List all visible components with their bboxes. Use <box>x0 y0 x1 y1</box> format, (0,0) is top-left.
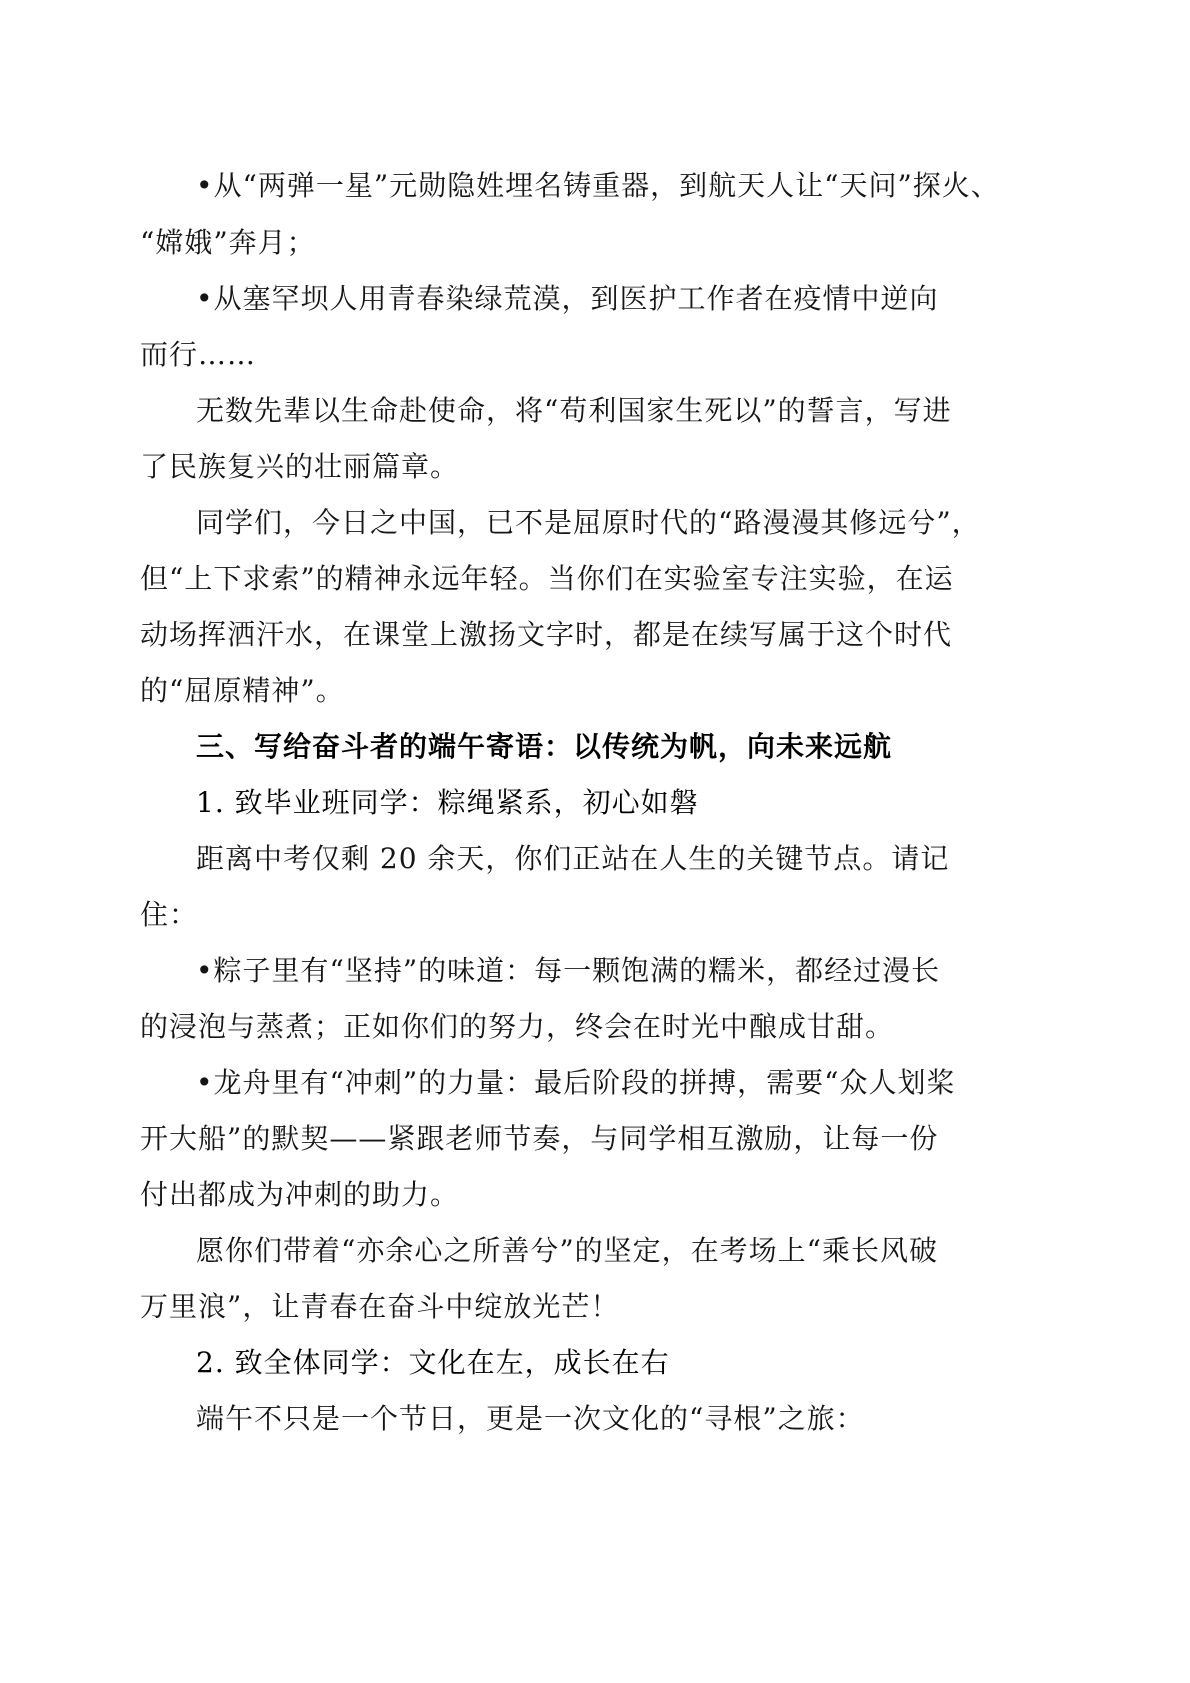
paragraph-line: 愿你们带着“亦余心之所善兮”的坚定，在考场上“乘长风破 <box>196 1231 938 1271</box>
paragraph-line: 无数先辈以生命赴使命，将“苟利国家生死以”的誓言，写进 <box>196 391 952 431</box>
paragraph-line: 万里浪”，让青春在奋斗中绽放光芒！ <box>140 1287 619 1327</box>
paragraph-line: 的“屈原精神”。 <box>140 671 345 711</box>
subsection-heading: 2. 致全体同学：文化在左，成长在右 <box>196 1343 670 1383</box>
paragraph-line: 端午不只是一个节日，更是一次文化的“寻根”之旅： <box>196 1399 865 1439</box>
paragraph-line: 动场挥洒汗水，在课堂上激扬文字时，都是在续写属于这个时代 <box>140 615 952 655</box>
paragraph-line: 但“上下求索”的精神永远年轻。当你们在实验室专注实验，在运 <box>140 559 954 599</box>
paragraph-line: 了民族复兴的壮丽篇章。 <box>140 447 459 487</box>
subsection-heading: 1. 致毕业班同学：粽绳紧系，初心如磐 <box>196 783 699 823</box>
paragraph-line: 住： <box>140 895 198 935</box>
paragraph-line: 开大船”的默契——紧跟老师节奏，与同学相互激励，让每一份 <box>140 1119 938 1159</box>
paragraph-line: 同学们，今日之中国，已不是屈原时代的“路漫漫其修远兮”， <box>196 503 981 543</box>
paragraph-line: 付出都成为冲刺的助力。 <box>140 1175 459 1215</box>
bullet-paragraph-line: •从塞罕坝人用青春染绿荒漠，到医护工作者在疫情中逆向 <box>196 279 939 319</box>
paragraph-line: “嫦娥”奔月； <box>140 223 316 263</box>
paragraph-line: 距离中考仅剩 20 余天，你们正站在人生的关键节点。请记 <box>196 839 949 879</box>
bullet-paragraph-line: •粽子里有“坚持”的味道：每一颗饱满的糯米，都经过漫长 <box>196 951 940 991</box>
paragraph-line: 的浸泡与蒸煮；正如你们的努力，终会在时光中酿成甘甜。 <box>140 1007 894 1047</box>
paragraph-line: 而行…… <box>140 335 256 375</box>
bullet-paragraph-line: •龙舟里有“冲刺”的力量：最后阶段的拼搏，需要“众人划桨 <box>196 1063 955 1103</box>
section-heading: 三、写给奋斗者的端午寄语：以传统为帆，向未来远航 <box>196 727 892 767</box>
document-page: •从“两弹一星”元勋隐姓埋名铸重器，到航天人让“天问”探火、 “嫦娥”奔月； •… <box>0 0 1190 1683</box>
bullet-paragraph-line: •从“两弹一星”元勋隐姓埋名铸重器，到航天人让“天问”探火、 <box>196 166 1000 206</box>
